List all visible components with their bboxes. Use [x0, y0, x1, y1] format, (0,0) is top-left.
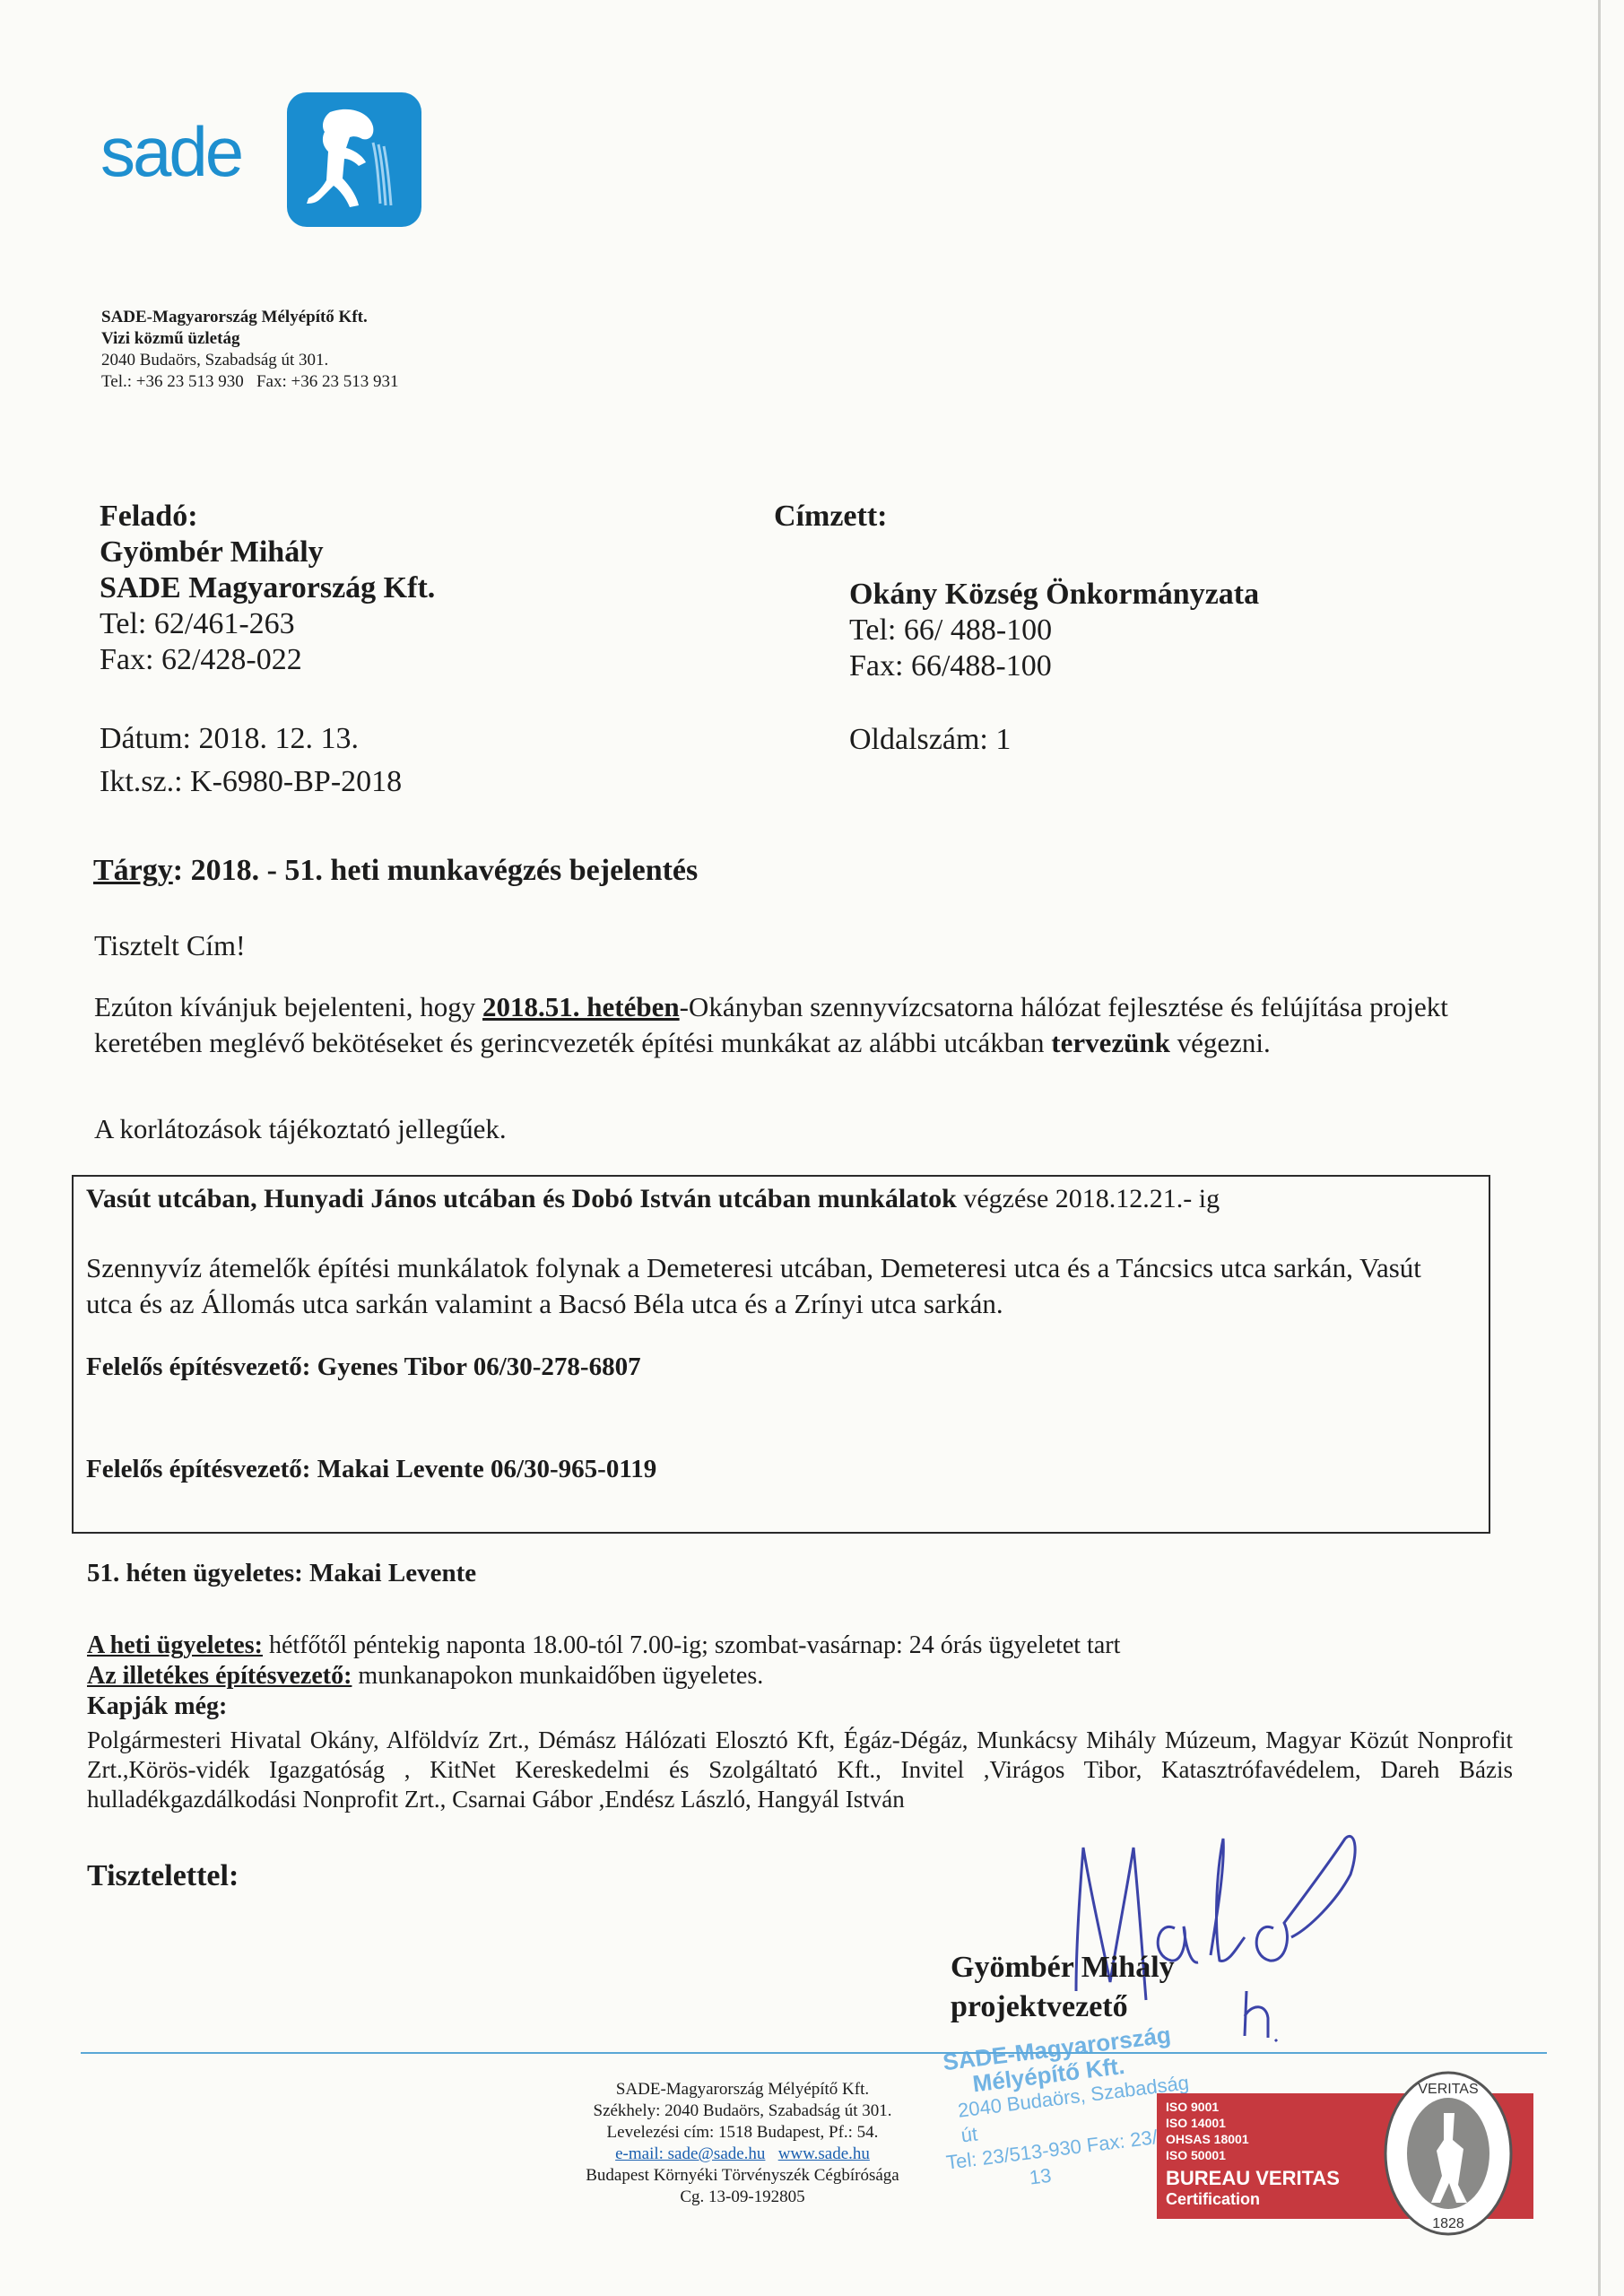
footer-court: Budapest Környéki Törvényszék Cégbíróság… — [554, 2165, 931, 2187]
intro-text: Ezúton kívánjuk bejelenteni, hogy — [94, 991, 482, 1022]
footer-seat: Székhely: 2040 Budaörs, Szabadság út 301… — [554, 2100, 931, 2122]
greeting: Tisztelt Cím! — [94, 929, 246, 962]
recipient-label: Címzett: — [774, 500, 887, 534]
signer: Gyömbér Mihály projektvezető — [951, 1948, 1175, 2027]
iso-9001: ISO 9001 — [1166, 2099, 1340, 2115]
week-highlight: 2018.51. hetében — [482, 991, 680, 1022]
footer-divider — [81, 2052, 1547, 2054]
footer-postal: Levelezési cím: 1518 Budapest, Pf.: 54. — [554, 2122, 931, 2144]
svg-text:1828: 1828 — [1432, 2216, 1464, 2231]
footer-registration: Cg. 13-09-192805 — [554, 2187, 931, 2208]
sender-block: Feladó: Gyömbér Mihály SADE Magyarország… — [100, 499, 435, 800]
iso-14001: ISO 14001 — [1166, 2115, 1340, 2131]
signer-name: Gyömbér Mihály — [951, 1948, 1175, 1987]
duty-info: A heti ügyeletes: hétfőtől péntekig napo… — [87, 1631, 1120, 1722]
work-streets: Vasút utcában, Hunyadi János utcában és … — [86, 1184, 1220, 1214]
intro-paragraph: Ezúton kívánjuk bejelenteni, hogy 2018.5… — [94, 989, 1520, 1061]
site-manager-2: Felelős építésvezető: Makai Levente 06/3… — [86, 1455, 656, 1484]
work-deadline: végzése 2018.12.21.- ig — [957, 1184, 1220, 1213]
planned-word: tervezünk — [1051, 1027, 1170, 1058]
bureau-veritas-seal-icon: VERITAS 1828 — [1381, 2068, 1515, 2239]
subject-text: : 2018. - 51. heti munkavégzés bejelenté… — [173, 854, 698, 887]
certification-badge: ISO 9001 ISO 14001 OHSAS 18001 ISO 50001… — [1157, 2093, 1533, 2219]
letterhead-address: 2040 Budaörs, Szabadság út 301. — [101, 350, 398, 371]
footer-company: SADE-Magyarország Mélyépítő Kft. — [554, 2079, 931, 2100]
intro-text-end: végezni. — [1170, 1027, 1271, 1058]
cc-label: Kapják még: — [87, 1692, 1120, 1722]
bureau-veritas-label: BUREAU VERITAS — [1166, 2167, 1340, 2190]
signer-title: projektvezető — [951, 1987, 1175, 2027]
site-manager-1: Felelős építésvezető: Gyenes Tibor 06/30… — [86, 1352, 641, 1382]
letterhead-phones: Tel.: +36 23 513 930 Fax: +36 23 513 931 — [101, 371, 398, 393]
page-edge — [1598, 0, 1601, 2296]
subject-line: Tárgy: 2018. - 51. heti munkavégzés beje… — [93, 854, 698, 888]
restrictions-note: A korlátozások tájékoztató jellegűek. — [94, 1113, 507, 1145]
recipient-block: Okány Község Önkormányzata Tel: 66/ 488-… — [849, 577, 1259, 758]
letter-date: Dátum: 2018. 12. 13. — [100, 721, 435, 757]
closing-regards: Tisztelettel: — [87, 1859, 239, 1893]
footer-web-link[interactable]: www.sade.hu — [778, 2144, 870, 2163]
certification-label: Certification — [1166, 2190, 1340, 2209]
site-manager-duty-label: Az illetékes építésvezető: — [87, 1662, 352, 1690]
subject-label: Tárgy — [93, 854, 173, 887]
on-call-person: 51. héten ügyeletes: Makai Levente — [87, 1559, 476, 1588]
recipient-fax: Fax: 66/488-100 — [849, 648, 1259, 684]
svg-text:VERITAS: VERITAS — [1418, 2082, 1478, 2097]
water-carrier-icon — [287, 92, 421, 227]
pumping-station-work: Szennyvíz átemelők építési munkálatok fo… — [86, 1250, 1467, 1322]
sender-company: SADE Magyarország Kft. — [100, 570, 435, 606]
letterhead: SADE-Magyarország Mélyépítő Kft. Vizi kö… — [101, 307, 398, 393]
iso-50001: ISO 50001 — [1166, 2147, 1340, 2163]
site-manager-duty-text: munkanapokon munkaidőben ügyeletes. — [352, 1662, 763, 1690]
footer-company-info: SADE-Magyarország Mélyépítő Kft. Székhel… — [554, 2079, 931, 2208]
letterhead-company: SADE-Magyarország Mélyépítő Kft. — [101, 307, 398, 328]
sender-name: Gyömbér Mihály — [100, 535, 435, 570]
sender-tel: Tel: 62/461-263 — [100, 606, 435, 642]
cc-list: Polgármesteri Hivatal Okány, Alföldvíz Z… — [87, 1726, 1513, 1814]
recipient-name: Okány Község Önkormányzata — [849, 577, 1259, 613]
reference-number: Ikt.sz.: K-6980-BP-2018 — [100, 764, 435, 800]
sender-label: Feladó: — [100, 499, 435, 535]
recipient-tel: Tel: 66/ 488-100 — [849, 613, 1259, 648]
weekly-duty-label: A heti ügyeletes: — [87, 1631, 263, 1659]
weekly-duty-text: hétfőtől péntekig naponta 18.00-tól 7.00… — [263, 1631, 1120, 1659]
footer-email-link[interactable]: e-mail: sade@sade.hu — [615, 2144, 765, 2163]
letterhead-division: Vizi közmű üzletág — [101, 328, 398, 350]
sade-wordmark: sade — [100, 117, 241, 187]
work-streets-bold: Vasút utcában, Hunyadi János utcában és … — [86, 1184, 957, 1213]
sender-fax: Fax: 62/428-022 — [100, 642, 435, 678]
page-number: Oldalszám: 1 — [849, 722, 1259, 758]
ohsas-18001: OHSAS 18001 — [1166, 2131, 1340, 2147]
work-details-box: Vasút utcában, Hunyadi János utcában és … — [72, 1175, 1490, 1534]
